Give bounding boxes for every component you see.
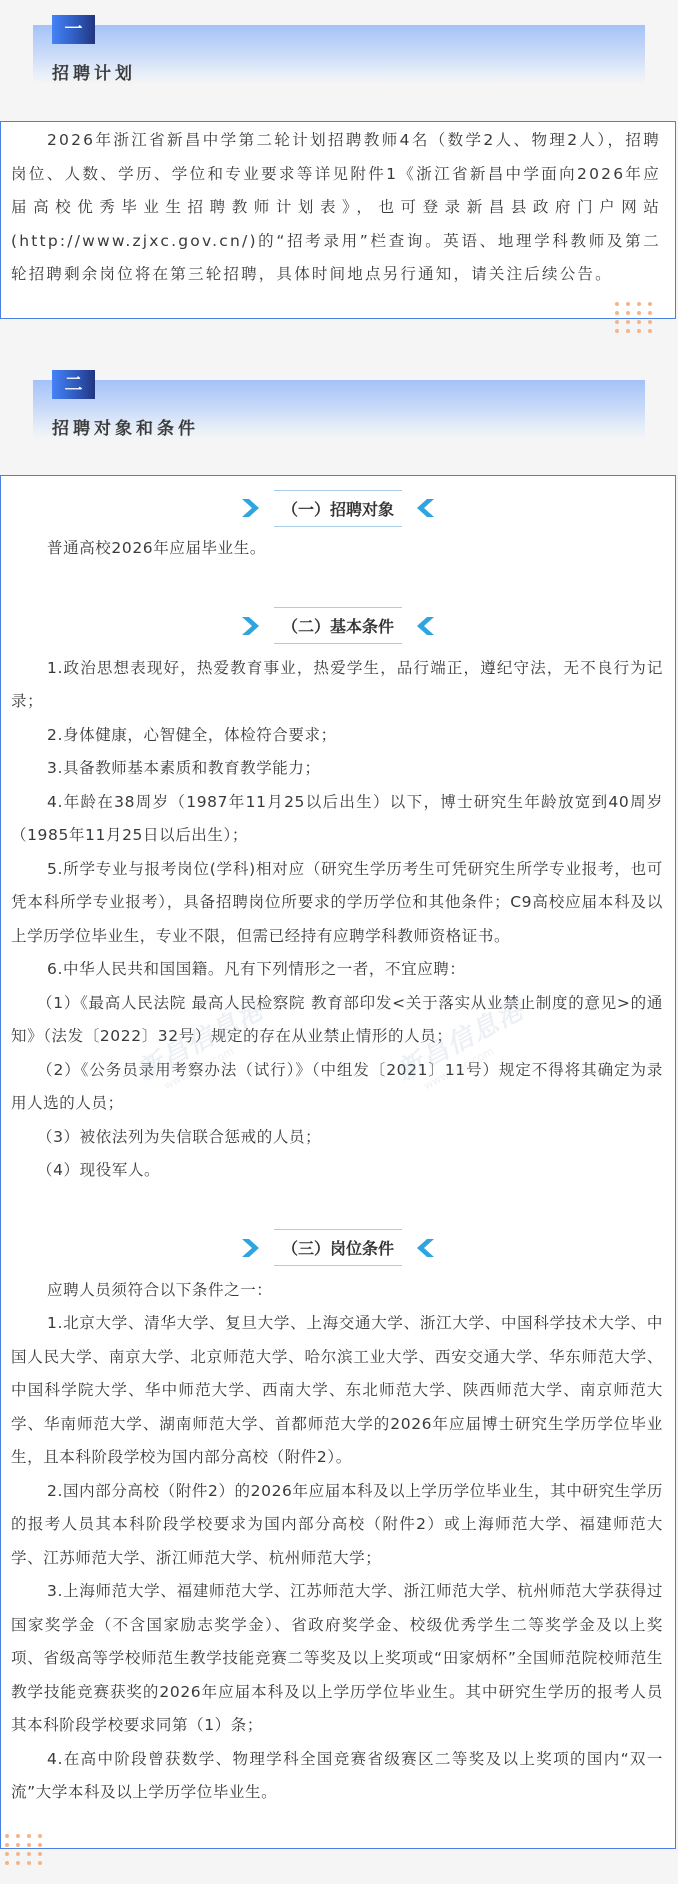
disqualifier-item: （4）现役军人。 <box>1 1154 675 1188</box>
subsection-heading-position-conditions: （三）岗位条件 <box>1 1226 675 1270</box>
section-number-badge: 一 <box>52 15 95 44</box>
position-intro: 应聘人员须符合以下条件之一： <box>1 1274 675 1308</box>
subsection-title: （二）基本条件 <box>274 607 402 644</box>
decorative-dots-right <box>614 301 653 334</box>
position-condition-item: 3.上海师范大学、福建师范大学、江苏师范大学、浙江师范大学、杭州师范大学获得过国… <box>1 1575 675 1743</box>
position-conditions-list: 应聘人员须符合以下条件之一： 1.北京大学、清华大学、复旦大学、上海交通大学、浙… <box>1 1274 675 1810</box>
targets-paragraph: 普通高校2026年应届毕业生。 <box>1 532 675 566</box>
disqualifier-item: （3）被依法列为失信联合惩戒的人员； <box>1 1121 675 1155</box>
position-condition-item: 1.北京大学、清华大学、复旦大学、上海交通大学、浙江大学、中国科学技术大学、中国… <box>1 1307 675 1475</box>
subsection-title: （一）招聘对象 <box>274 490 402 527</box>
position-condition-item: 2.国内部分高校（附件2）的2026年应届本科及以上学历学位毕业生，其中研究生学… <box>1 1475 675 1576</box>
section-number-badge: 二 <box>52 370 95 399</box>
basic-conditions-list: 1.政治思想表现好，热爱教育事业，热爱学生，品行端正，遵纪守法，无不良行为记录；… <box>1 652 675 1188</box>
condition-item: 4.年龄在38周岁（1987年11月25以后出生）以下，博士研究生年龄放宽到40… <box>1 786 675 853</box>
chevron-left-icon <box>416 497 434 519</box>
section-header-targets: 二 招聘对象和条件 <box>0 370 678 460</box>
subsection-heading-targets: （一）招聘对象 <box>1 486 675 530</box>
section-title: 招聘对象和条件 <box>52 414 199 439</box>
chevron-left-icon <box>416 615 434 637</box>
disqualifier-item: （1）《最高人民法院 最高人民检察院 教育部印发<关于落实从业禁止制度的意见>的… <box>1 987 675 1054</box>
chevron-right-icon <box>242 615 260 637</box>
section-number: 二 <box>65 376 83 394</box>
subsection-heading-basic-conditions: （二）基本条件 <box>1 604 675 648</box>
chevron-left-icon <box>416 1237 434 1259</box>
subsection-title: （三）岗位条件 <box>274 1229 402 1266</box>
disqualifier-item: （2）《公务员录用考察办法（试行）》（中组发〔2021〕11号）规定不得将其确定… <box>1 1054 675 1121</box>
decorative-dots-left <box>4 1833 43 1866</box>
plan-content-box: 2026年浙江省新昌中学第二轮计划招聘教师4名（数学2人、物理2人），招聘岗位、… <box>0 121 676 319</box>
chevron-right-icon <box>242 497 260 519</box>
section-header-plan: 一 招聘计划 <box>0 15 678 105</box>
section-title: 招聘计划 <box>52 59 136 84</box>
plan-paragraph: 2026年浙江省新昌中学第二轮计划招聘教师4名（数学2人、物理2人），招聘岗位、… <box>1 124 675 292</box>
condition-item: 6.中华人民共和国国籍。凡有下列情形之一者，不宜应聘： <box>1 953 675 987</box>
position-condition-item: 4.在高中阶段曾获数学、物理学科全国竞赛省级赛区二等奖及以上奖项的国内“双一流”… <box>1 1743 675 1810</box>
section-number: 一 <box>65 21 83 39</box>
chevron-right-icon <box>242 1237 260 1259</box>
condition-item: 1.政治思想表现好，热爱教育事业，热爱学生，品行端正，遵纪守法，无不良行为记录； <box>1 652 675 719</box>
condition-item: 5.所学专业与报考岗位(学科)相对应（研究生学历考生可凭研究生所学专业报考，也可… <box>1 853 675 954</box>
condition-item: 2.身体健康，心智健全，体检符合要求； <box>1 719 675 753</box>
condition-item: 3.具备教师基本素质和教育教学能力； <box>1 752 675 786</box>
targets-content-box: （一）招聘对象 普通高校2026年应届毕业生。 （二）基本条件 1.政治思想表现… <box>0 475 676 1849</box>
